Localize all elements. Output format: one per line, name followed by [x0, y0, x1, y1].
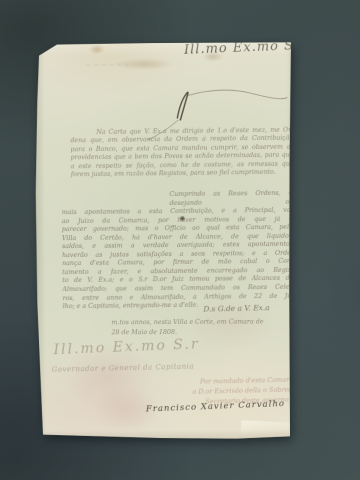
address-recipient: Governador e General da Capitania	[52, 363, 195, 374]
foxing-stain	[89, 44, 105, 54]
manuscript-line: forem justas, em razão dos Registos, par…	[71, 169, 294, 180]
letter-paragraph-2: Cumprindo as Reaes Ordens, e desejando o…	[61, 190, 293, 312]
paper-sheet: Ill.mo Ex.mo S.r ~·~·~·~·~·~ Na Carta qu…	[34, 41, 296, 442]
letter-paragraph-1: Na Carta que V. Ex.a me dirigio de 1.o d…	[70, 127, 294, 180]
date-line: 28 de Maio de 1808.	[111, 329, 251, 337]
closing-line: m.tos annos, nesta Villa e Corte, em Cam…	[111, 318, 297, 326]
manuscript-photo: Ill.mo Ex.mo S.r ~·~·~·~·~·~ Na Carta qu…	[34, 41, 296, 442]
address-salutation: Ill.mo Ex.mo S.r	[53, 336, 200, 358]
pencil-annotation: ~·~·~·~·~·~	[86, 62, 130, 69]
valediction: D.s G.de a V. Ex.a	[203, 303, 295, 314]
ink-blot	[180, 216, 185, 221]
salutation-abbreviation: Ill.mo Ex.mo S.r	[184, 38, 293, 57]
page-corner-curl	[241, 420, 292, 438]
